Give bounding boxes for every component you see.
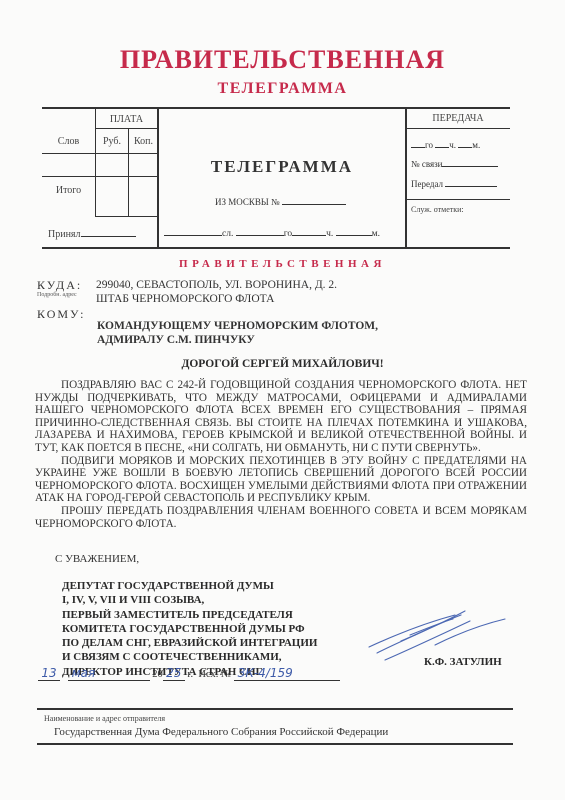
address-line-1: 299040, СЕВАСТОПОЛЬ, УЛ. ВОРОНИНА, Д. 2. [96,279,337,291]
greeting: ДОРОГОЙ СЕРГЕЙ МИХАЙЛОВИЧ! [0,358,565,370]
date-year: 25 [166,666,181,680]
signatory-name: К.Ф. ЗАТУЛИН [424,656,502,668]
sender-top-rule [37,708,513,710]
signatory-title: ДЕПУТАТ ГОСУДАРСТВЕННОЙ ДУМЫ I, IV, V, V… [62,579,317,679]
min-suffix: м. [472,140,480,150]
accepted-field: Принял [48,227,136,240]
address-line-2: ШТАБ ЧЕРНОМОРСКОГО ФЛОТА [96,293,274,305]
closing: С УВАЖЕНИЕМ, [55,553,139,565]
form-center-title: ТЕЛЕГРАММА [159,157,405,177]
rub-label: Руб. [96,136,128,147]
form-bottom-border [42,247,510,249]
link-number-label: № связи [411,159,442,169]
signatory-title-line: ПО ДЕЛАМ СНГ, ЕВРАЗИЙСКОЙ ИНТЕГРАЦИИ [62,636,317,650]
sent-by-label: Передал [411,179,443,189]
accepted-label: Принял [48,229,81,240]
service-marks-label: Служ. отметки: [411,205,464,214]
ref-label: Исх. № [198,669,231,680]
year-prefix: 20 [152,669,163,680]
from-moscow-label: ИЗ МОСКВЫ № [215,197,280,207]
words-label: Слов [42,136,95,147]
recipient-line-1: КОМАНДУЮЩЕМУ ЧЕРНОМОРСКИМ ФЛОТОМ, [97,320,378,332]
dateline: 13 мая 2025 г. Исх. № ЗК-4/159 [38,666,340,681]
payment-grid-line [42,153,158,154]
letter-paragraph: ПРОШУ ПЕРЕДАТЬ ПОЗДРАВЛЕНИЯ ЧЛЕНАМ ВОЕНН… [35,505,527,530]
letter-paragraph: ПОЗДРАВЛЯЮ ВАС С 242-Й ГОДОВЩИНОЙ СОЗДАН… [35,379,527,455]
document-title: ПРАВИТЕЛЬСТВЕННАЯ [0,45,565,75]
hour-suffix: ч. [449,140,456,150]
payment-grid-line [95,128,158,129]
year-unit: г. [187,669,193,680]
letter-body: ПОЗДРАВЛЯЮ ВАС С 242-Й ГОДОВЩИНОЙ СОЗДАН… [35,379,527,530]
date-month: мая [72,666,96,680]
government-label: ПРАВИТЕЛЬСТВЕННАЯ [0,258,565,270]
received-time-field: сл. гоч. м. [164,226,380,239]
transmission-header: ПЕРЕДАЧА [406,113,510,124]
payment-grid-line [42,176,158,177]
from-moscow-field: ИЗ МОСКВЫ № [215,195,346,207]
transmission-grid-line [406,128,510,129]
day-suffix: го [425,140,433,150]
day-suffix: го [284,229,292,239]
min-suffix: м. [372,229,380,239]
payment-header: ПЛАТА [95,114,158,125]
document-subtitle: ТЕЛЕГРАММА [0,80,565,98]
detailed-address-label: Подробн. адрес [37,292,77,298]
link-number-field: № связи [411,157,498,169]
signatory-title-line: И СВЯЗЯМ С СООТЕЧЕСТВЕННИКАМИ, [62,650,317,664]
signatory-title-line: ПЕРВЫЙ ЗАМЕСТИТЕЛЬ ПРЕДСЕДАТЕЛЯ [62,608,317,622]
kop-label: Коп. [129,136,158,147]
signatory-title-line: КОМИТЕТА ГОСУДАРСТВЕННОЙ ДУМЫ РФ [62,622,317,636]
total-label: Итого [42,185,95,196]
letter-paragraph: ПОДВИГИ МОРЯКОВ И МОРСКИХ ПЕХОТИНЦЕВ В Э… [35,455,527,505]
recipient-line-2: АДМИРАЛУ С.М. ПИНЧУКУ [97,334,255,346]
form-top-border [42,107,510,109]
sender-bottom-rule [37,743,513,745]
signatory-title-line: I, IV, V, VII И VIII СОЗЫВА, [62,593,317,607]
date-day: 13 [41,666,56,680]
transmission-time-field: го ч. м. [411,138,480,150]
ref-number: ЗК-4/159 [238,666,293,680]
sender-value: Государственная Дума Федерального Собран… [54,726,388,738]
payment-grid-line [95,216,158,217]
sent-by-field: Передал [411,177,497,189]
sender-label: Наименование и адрес отправителя [44,714,165,723]
signatory-title-line: ДЕПУТАТ ГОСУДАРСТВЕННОЙ ДУМЫ [62,579,317,593]
to-label: КОМУ: [37,307,85,322]
transmission-grid-line [406,199,510,200]
where-label: КУДА: [37,278,82,293]
hour-suffix: ч. [326,229,333,239]
words-suffix: сл. [222,229,233,239]
